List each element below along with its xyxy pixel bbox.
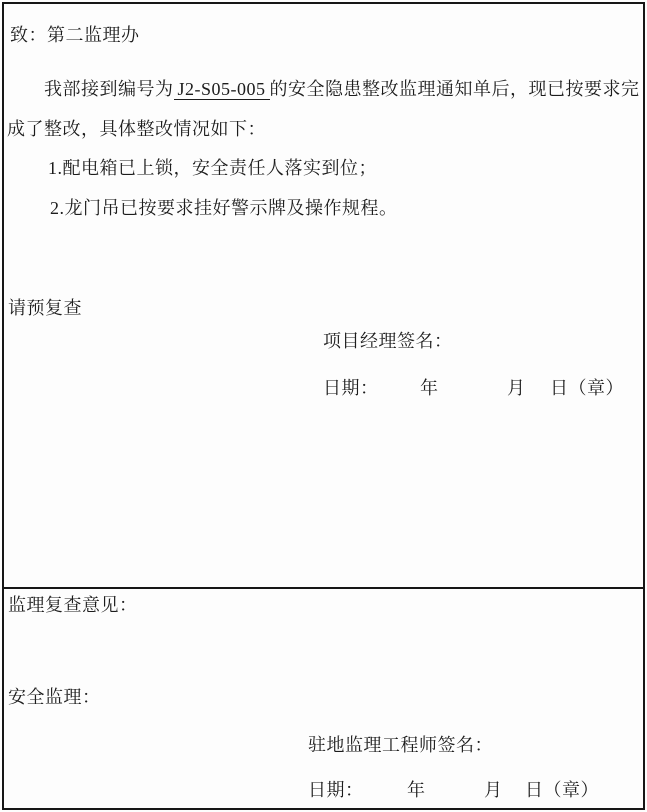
- safety-supervisor-label: 安全监理：: [8, 686, 101, 708]
- pm-month-label: 月: [507, 377, 526, 399]
- body-paragraph-line2: 成了整改，具体整改情况如下：: [7, 118, 266, 140]
- pm-year-label: 年: [420, 377, 439, 399]
- recipient-line: 致：第二监理办: [10, 24, 140, 46]
- engineer-year-label: 年: [407, 779, 426, 801]
- rectification-item-1: 1.配电箱已上锁，安全责任人落实到位；: [48, 157, 377, 179]
- pm-date-line: 日期： 年 月 日（章）: [323, 377, 638, 399]
- body-text-prefix: 我部接到编号为: [44, 79, 174, 99]
- body-text-suffix: 的安全隐患整改监理通知单后，现已按要求完: [270, 79, 640, 99]
- pm-day-seal-label: 日（章）: [550, 377, 624, 399]
- notice-number: J2-S05-005: [174, 79, 270, 100]
- engineer-signature-label: 驻地监理工程师签名：: [308, 734, 493, 756]
- recheck-request: 请预复查: [8, 297, 82, 319]
- pm-date-label: 日期：: [323, 377, 379, 399]
- rectification-item-2: 2.龙门吊已按要求挂好警示牌及操作规程。: [50, 197, 398, 219]
- section-divider: [2, 587, 645, 589]
- rectification-reply-form: 致：第二监理办 我部接到编号为J2-S05-005的安全隐患整改监理通知单后，现…: [0, 0, 647, 812]
- body-paragraph-line1: 我部接到编号为J2-S05-005的安全隐患整改监理通知单后，现已按要求完: [44, 78, 640, 100]
- engineer-date-line: 日期： 年 月 日（章）: [308, 779, 638, 801]
- review-opinion-label: 监理复查意见：: [8, 594, 138, 616]
- engineer-date-label: 日期：: [308, 779, 364, 801]
- engineer-month-label: 月: [484, 779, 503, 801]
- engineer-day-seal-label: 日（章）: [525, 779, 599, 801]
- pm-signature-label: 项目经理签名：: [323, 330, 453, 352]
